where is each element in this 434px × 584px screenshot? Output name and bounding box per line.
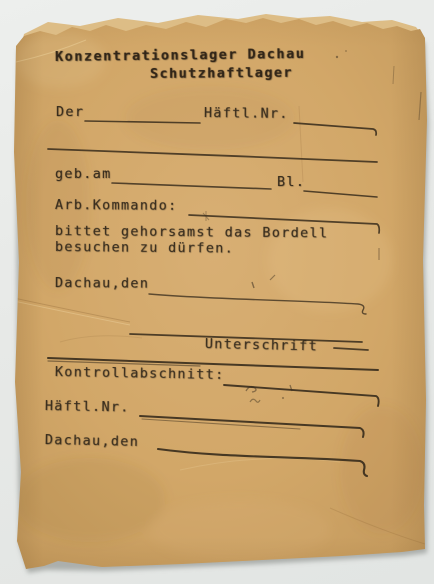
edge-shading-vertical — [0, 0, 434, 584]
scan-background: Konzentrationslager Dachau Schutzhaftlag… — [0, 0, 434, 584]
paper-scan — [0, 0, 434, 584]
